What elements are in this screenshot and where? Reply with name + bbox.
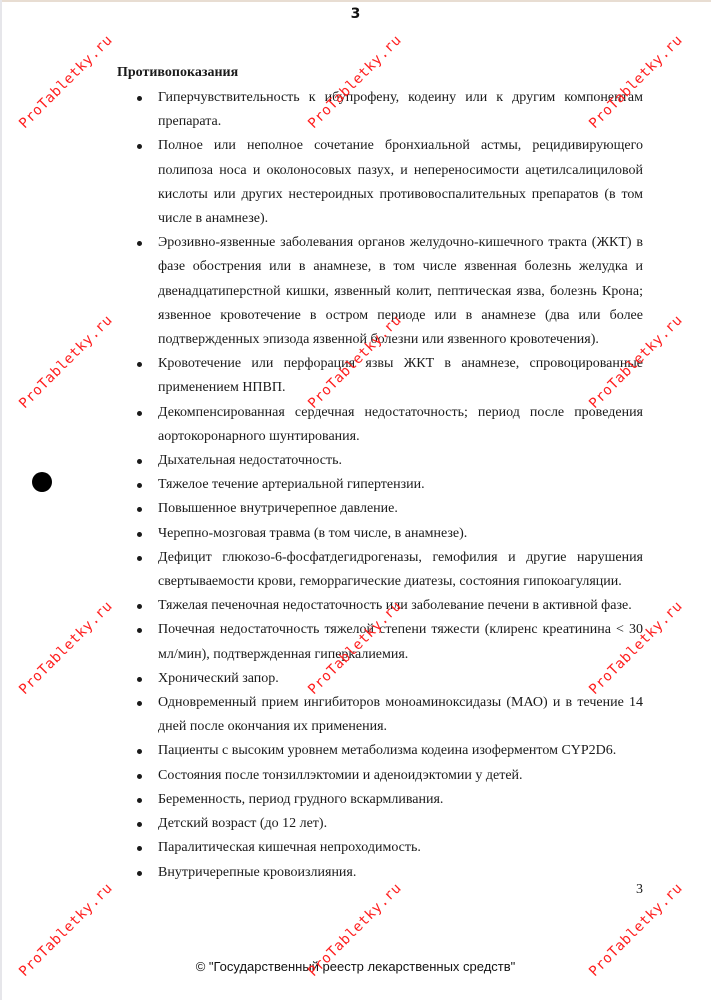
list-item: Полное или неполное сочетание бронхиальн…: [117, 134, 643, 231]
list-item: Эрозивно-язвенные заболевания органов же…: [117, 231, 643, 352]
list-item: Одновременный прием ингибиторов моноамин…: [117, 691, 643, 739]
watermark: ProTabletky.ru: [16, 312, 116, 412]
list-item: Гиперчувствительность к ибупрофену, коде…: [117, 86, 643, 134]
list-item: Дефицит глюкозо-6-фосфатдегидрогеназы, г…: [117, 546, 643, 594]
bullet-icon: [137, 411, 142, 416]
list-item: Пациенты с высоким уровнем метаболизма к…: [117, 739, 643, 763]
list-item: Черепно-мозговая травма (в том числе, в …: [117, 522, 643, 546]
bullet-icon: [137, 604, 142, 609]
bullet-icon: [137, 846, 142, 851]
bullet-icon: [137, 96, 142, 101]
list-item: Дыхательная недостаточность.: [117, 449, 643, 473]
bullet-icon: [137, 507, 142, 512]
section-heading: Противопоказания: [117, 65, 238, 81]
bullet-icon: [137, 749, 142, 754]
list-item: Хронический запор.: [117, 667, 643, 691]
list-item: Детский возраст (до 12 лет).: [117, 812, 643, 836]
page-number-bottom: 3: [636, 882, 643, 898]
list-item: Почечная недостаточность тяжелой степени…: [117, 618, 643, 666]
list-item: Кровотечение или перфорация язвы ЖКТ в а…: [117, 352, 643, 400]
bullet-icon: [137, 483, 142, 488]
list-item: Состояния после тонзиллэктомии и аденоид…: [117, 764, 643, 788]
list-item: Тяжелая печеночная недостаточность или з…: [117, 594, 643, 618]
list-item: Паралитическая кишечная непроходимость.: [117, 836, 643, 860]
bullet-icon: [137, 628, 142, 633]
bullet-icon: [137, 144, 142, 149]
contraindications-list: Гиперчувствительность к ибупрофену, коде…: [117, 86, 643, 885]
list-item: Повышенное внутричерепное давление.: [117, 497, 643, 521]
page-left-edge: [0, 0, 2, 1000]
list-item: Тяжелое течение артериальной гипертензии…: [117, 473, 643, 497]
bullet-icon: [137, 459, 142, 464]
list-item: Внутричерепные кровоизлияния.: [117, 861, 643, 885]
bullet-icon: [137, 871, 142, 876]
bullet-icon: [137, 822, 142, 827]
list-item: Декомпенсированная сердечная недостаточн…: [117, 401, 643, 449]
bullet-icon: [137, 556, 142, 561]
bullet-icon: [137, 677, 142, 682]
page-top-border: [0, 0, 711, 2]
page-number-top: 3: [0, 6, 711, 22]
bullet-icon: [137, 701, 142, 706]
bullet-icon: [137, 798, 142, 803]
copyright-footer: © "Государственный реестр лекарственных …: [0, 959, 711, 974]
watermark: ProTabletky.ru: [16, 598, 116, 698]
bullet-icon: [137, 774, 142, 779]
watermark: ProTabletky.ru: [16, 32, 116, 132]
bullet-icon: [137, 362, 142, 367]
list-item: Беременность, период грудного вскармлива…: [117, 788, 643, 812]
bullet-icon: [137, 241, 142, 246]
punch-hole-dot: [32, 472, 52, 492]
bullet-icon: [137, 532, 142, 537]
